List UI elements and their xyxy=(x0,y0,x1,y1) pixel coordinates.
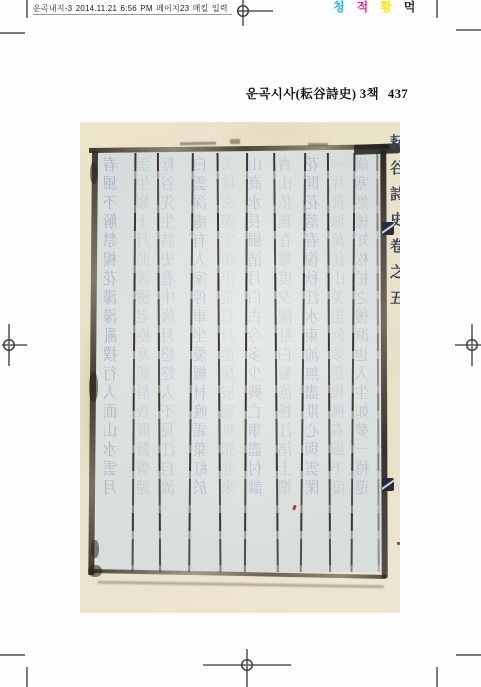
trim-mark-bottom-right-horizontal xyxy=(456,654,481,656)
spine-caption: 耘谷詩史卷之五 xyxy=(386,134,400,604)
trim-mark-top-right-horizontal xyxy=(456,29,481,31)
ink-smudge xyxy=(230,139,240,144)
plate-label-black: 먹 xyxy=(404,0,416,14)
trim-mark-top-left-horizontal xyxy=(0,32,25,34)
plate-label-cyan: 청 xyxy=(333,0,345,14)
registration-mark-icon-bottom xyxy=(196,648,296,687)
print-slug-underline xyxy=(33,14,232,15)
trim-mark-top-left-vertical xyxy=(26,0,28,18)
block-stamp-icon xyxy=(382,222,394,235)
page-number: 437 xyxy=(388,87,408,101)
registration-mark-icon-right xyxy=(451,324,481,366)
ink-blotch xyxy=(89,372,98,402)
plate-label-magenta: 적 xyxy=(357,0,369,14)
scanned-page-photo: 春風不解禁楊花濛濛亂撲行人面山水雲月 雲生嶺上月照溪邊老樹寒鴉靜夜聞鐘聲遠 耘谷… xyxy=(80,122,400,613)
trim-mark-bottom-left-vertical xyxy=(26,667,28,687)
ink-smudge xyxy=(308,143,328,146)
plate-label-yellow: 황 xyxy=(380,0,392,14)
ink-blotch xyxy=(90,162,98,184)
page-fade-overlay xyxy=(96,151,382,572)
registration-mark-icon-top xyxy=(226,0,280,26)
running-head: 운곡시사(耘谷詩史) 3책437 xyxy=(246,84,408,102)
ink-blotch xyxy=(91,540,99,558)
red-speck xyxy=(397,542,400,545)
ink-smudge xyxy=(180,142,216,146)
cmyk-plate-labels: 청 적 황 먹 xyxy=(333,0,415,14)
registration-mark-icon-left xyxy=(0,324,30,366)
proof-sheet: 운곡내지-3 2014.11.21 6:56 PM 페이지23 매킬 입력 청 … xyxy=(0,0,481,687)
trim-mark-top-right-vertical xyxy=(436,0,438,18)
page-edge-shadow xyxy=(98,581,384,588)
print-slug-text: 운곡내지-3 2014.11.21 6:56 PM 페이지23 매킬 입력 xyxy=(33,3,228,14)
page-title: 운곡시사(耘谷詩史) 3책 xyxy=(246,87,379,101)
trim-mark-bottom-right-vertical xyxy=(436,667,438,687)
trim-mark-bottom-left-horizontal xyxy=(0,654,25,656)
block-stamp-icon xyxy=(382,478,394,491)
ink-blotch xyxy=(88,565,102,577)
